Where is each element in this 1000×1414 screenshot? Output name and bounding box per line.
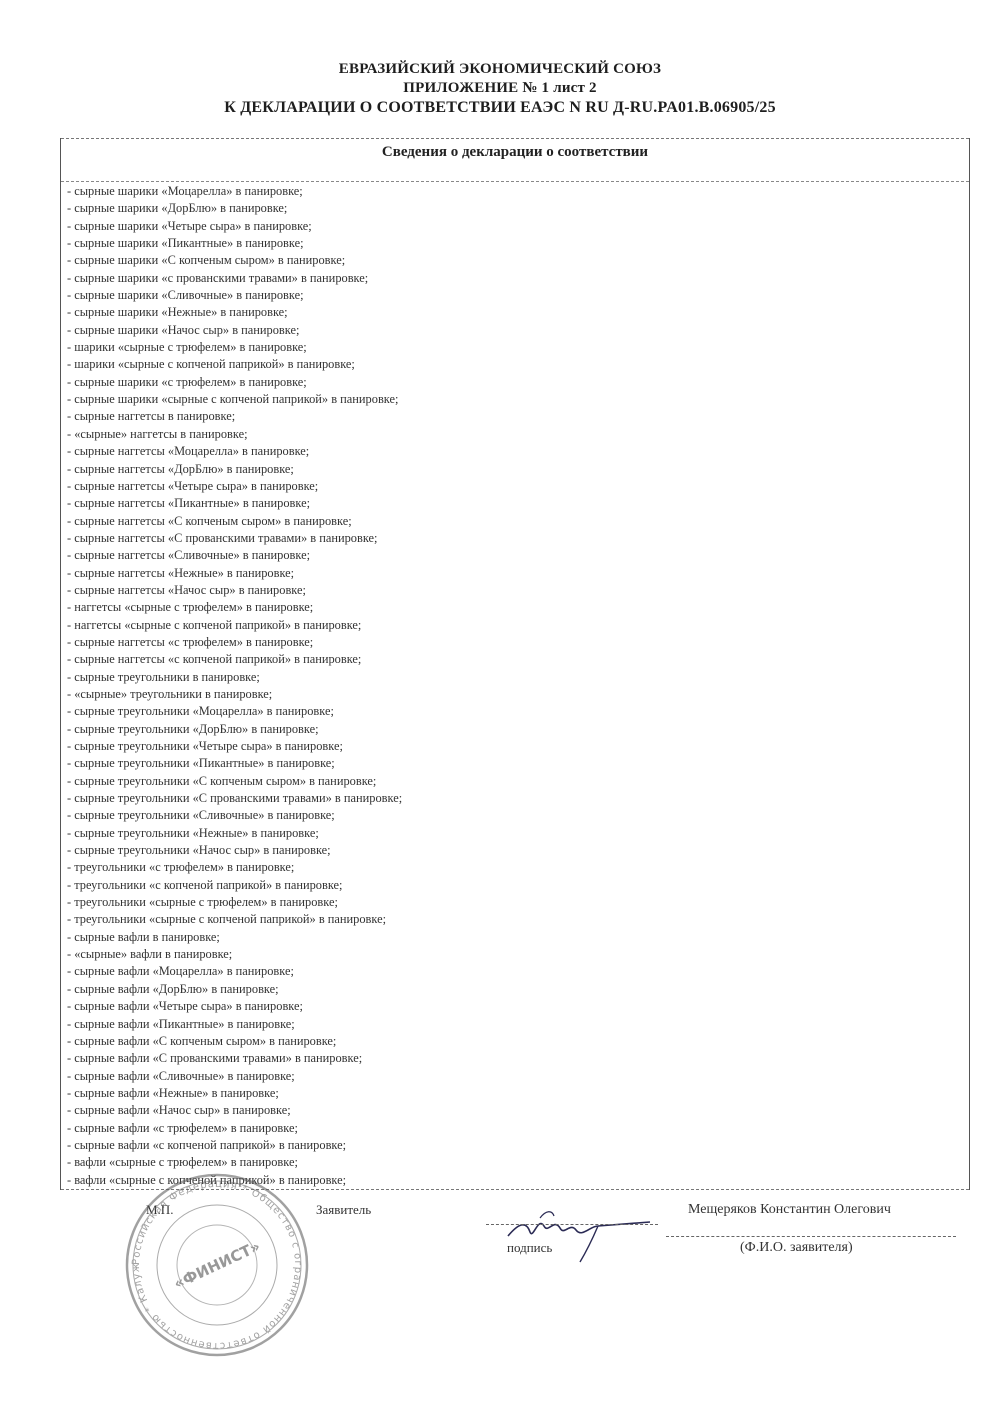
list-item: - «сырные» треугольники в панировке;: [67, 686, 959, 703]
list-item: - сырные шарики «с трюфелем» в панировке…: [67, 374, 959, 391]
list-item: - сырные вафли «Моцарелла» в панировке;: [67, 963, 959, 980]
list-item: - сырные треугольники «Сливочные» в пани…: [67, 807, 959, 824]
list-item: - сырные наггетсы «с копченой паприкой» …: [67, 651, 959, 668]
list-item: - треугольники «с трюфелем» в панировке;: [67, 859, 959, 876]
list-item: - сырные шарики «Сливочные» в панировке;: [67, 287, 959, 304]
list-item: - наггетсы «сырные с копченой паприкой» …: [67, 617, 959, 634]
list-item: - сырные наггетсы «Начос сыр» в панировк…: [67, 582, 959, 599]
list-item: - сырные шарики «Начос сыр» в панировке;: [67, 322, 959, 339]
list-item: - сырные наггетсы «Сливочные» в панировк…: [67, 547, 959, 564]
frame-title-rule: [61, 181, 969, 182]
signature-line: [486, 1224, 658, 1225]
list-item: - сырные наггетсы в панировке;: [67, 408, 959, 425]
applicant-name: Мещеряков Константин Олегович: [688, 1202, 891, 1218]
section-title: Сведения о декларации о соответствии: [61, 144, 969, 161]
list-item: - сырные вафли «С прованскими травами» в…: [67, 1050, 959, 1067]
header-appendix: ПРИЛОЖЕНИЕ № 1 лист 2: [0, 79, 1000, 98]
list-item: - сырные шарики «Моцарелла» в панировке;: [67, 183, 959, 200]
list-item: - сырные наггетсы «Моцарелла» в панировк…: [67, 443, 959, 460]
list-item: - сырные наггетсы «Пикантные» в панировк…: [67, 495, 959, 512]
list-item: - сырные треугольники в панировке;: [67, 669, 959, 686]
list-item: - сырные вафли в панировке;: [67, 929, 959, 946]
list-item: - сырные наггетсы «Четыре сыра» в паниро…: [67, 478, 959, 495]
list-item: - «сырные» наггетсы в панировке;: [67, 426, 959, 443]
list-item: - сырные треугольники «Четыре сыра» в па…: [67, 738, 959, 755]
name-label: (Ф.И.О. заявителя): [740, 1240, 853, 1256]
list-item: - наггетсы «сырные с трюфелем» в паниров…: [67, 599, 959, 616]
list-item: - сырные вафли «Начос сыр» в панировке;: [67, 1102, 959, 1119]
list-item: - сырные шарики «Пикантные» в панировке;: [67, 235, 959, 252]
list-item: - сырные вафли «с трюфелем» в панировке;: [67, 1120, 959, 1137]
list-item: - сырные наггетсы «с трюфелем» в паниров…: [67, 634, 959, 651]
list-item: - сырные треугольники «Начос сыр» в пани…: [67, 842, 959, 859]
name-line: [666, 1236, 956, 1237]
list-item: - сырные треугольники «Пикантные» в пани…: [67, 755, 959, 772]
list-item: - треугольники «сырные с копченой паприк…: [67, 911, 959, 928]
frame-top-rule: [61, 138, 969, 139]
list-item: - сырные шарики «с прованскими травами» …: [67, 270, 959, 287]
list-item: - сырные шарики «сырные с копченой папри…: [67, 391, 959, 408]
list-item: - сырные наггетсы «С прованскими травами…: [67, 530, 959, 547]
header-declaration-number: К ДЕКЛАРАЦИИ О СООТВЕТСТВИИ ЕАЭС N RU Д-…: [0, 98, 1000, 117]
list-item: - «сырные» вафли в панировке;: [67, 946, 959, 963]
list-item: - сырные вафли «Пикантные» в панировке;: [67, 1016, 959, 1033]
list-item: - шарики «сырные с копченой паприкой» в …: [67, 356, 959, 373]
list-item: - сырные вафли «ДорБлю» в панировке;: [67, 981, 959, 998]
list-item: - треугольники «сырные с трюфелем» в пан…: [67, 894, 959, 911]
list-item: - сырные треугольники «Нежные» в паниров…: [67, 825, 959, 842]
signature-label: подпись: [507, 1240, 552, 1256]
list-item: - сырные вафли «Нежные» в панировке;: [67, 1085, 959, 1102]
list-item: - треугольники «с копченой паприкой» в п…: [67, 877, 959, 894]
document-header: ЕВРАЗИЙСКИЙ ЭКОНОМИЧЕСКИЙ СОЮЗ ПРИЛОЖЕНИ…: [0, 60, 1000, 117]
list-item: - сырные наггетсы «Нежные» в панировке;: [67, 565, 959, 582]
list-item: - сырные вафли «Четыре сыра» в панировке…: [67, 998, 959, 1015]
list-item: - сырные шарики «ДорБлю» в панировке;: [67, 200, 959, 217]
list-item: - сырные треугольники «С копченым сыром»…: [67, 773, 959, 790]
applicant-label: Заявитель: [316, 1202, 371, 1218]
list-item: - сырные наггетсы «ДорБлю» в панировке;: [67, 461, 959, 478]
list-item: - сырные вафли «С копченым сыром» в пани…: [67, 1033, 959, 1050]
list-item: - шарики «сырные с трюфелем» в панировке…: [67, 339, 959, 356]
list-item: - сырные шарики «С копченым сыром» в пан…: [67, 252, 959, 269]
header-union: ЕВРАЗИЙСКИЙ ЭКОНОМИЧЕСКИЙ СОЮЗ: [0, 60, 1000, 79]
list-item: - сырные шарики «Четыре сыра» в панировк…: [67, 218, 959, 235]
list-item: - сырные вафли «с копченой паприкой» в п…: [67, 1137, 959, 1154]
list-item: - сырные треугольники «Моцарелла» в пани…: [67, 703, 959, 720]
declaration-frame: Сведения о декларации о соответствии - с…: [60, 138, 970, 1190]
list-item: - сырные вафли «Сливочные» в панировке;: [67, 1068, 959, 1085]
list-item: - сырные наггетсы «С копченым сыром» в п…: [67, 513, 959, 530]
product-list: - сырные шарики «Моцарелла» в панировке;…: [67, 183, 959, 1189]
list-item: - вафли «сырные с трюфелем» в панировке;: [67, 1154, 959, 1171]
list-item: - сырные шарики «Нежные» в панировке;: [67, 304, 959, 321]
list-item: - сырные треугольники «С прованскими тра…: [67, 790, 959, 807]
svg-text:«ФИНИСТ»: «ФИНИСТ»: [171, 1237, 263, 1293]
list-item: - сырные треугольники «ДорБлю» в паниров…: [67, 721, 959, 738]
company-stamp-icon: Российская Федерация * Общество с ограни…: [122, 1170, 312, 1360]
